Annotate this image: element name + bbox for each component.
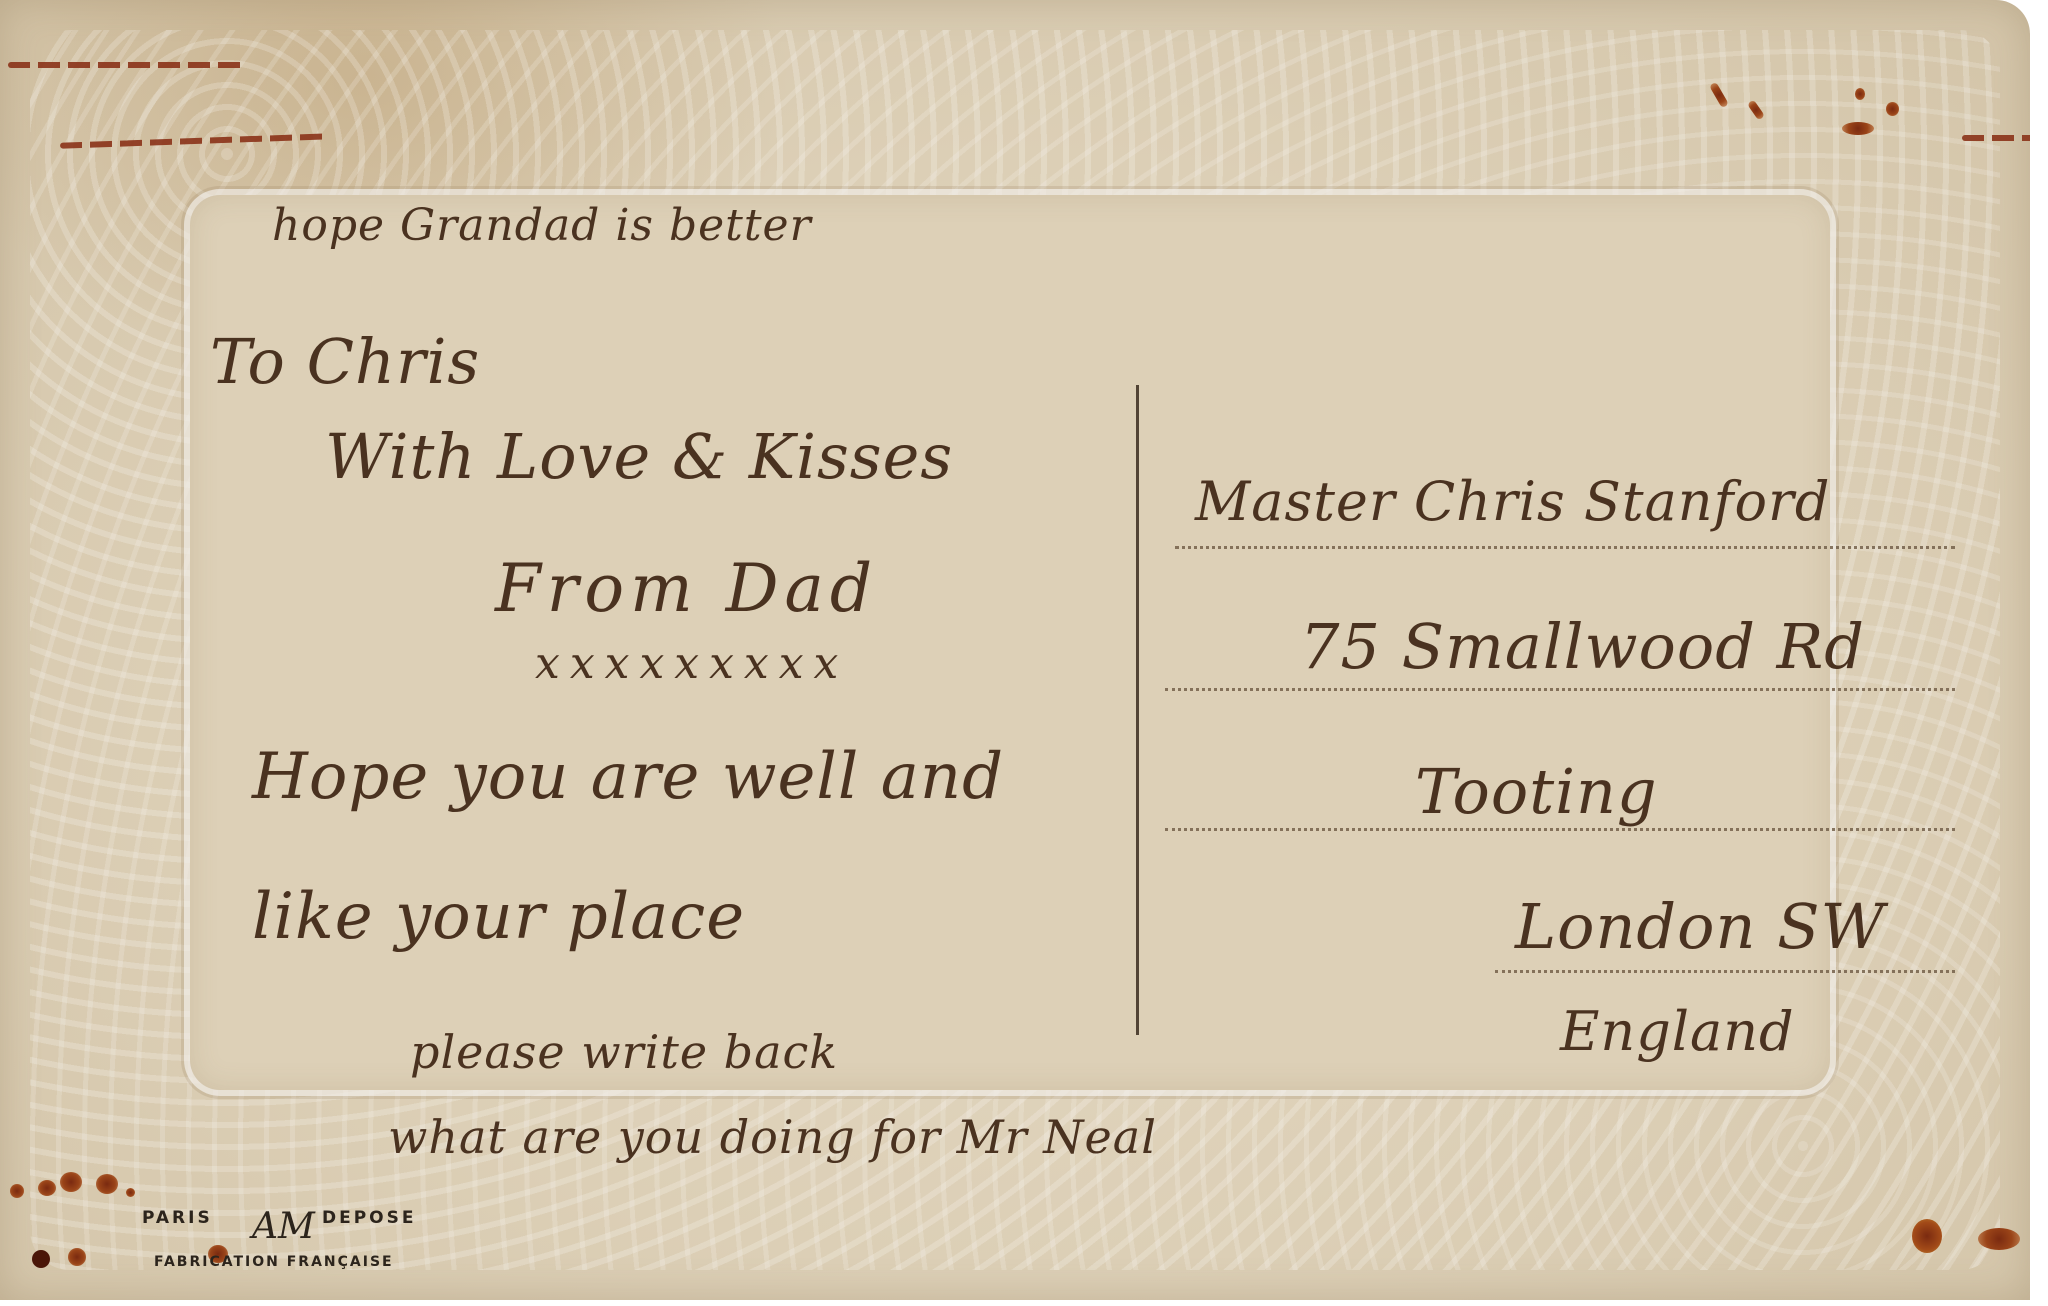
message-address-divider [1136,385,1139,1035]
message-line-2: like your place [252,880,745,954]
rust-spot [38,1180,56,1196]
signature: From Dad [495,550,878,627]
imprint-fabrication: FABRICATION FRANÇAISE [154,1254,394,1270]
postscript-write-back: please write back [410,1025,838,1079]
message-line-1: Hope you are well and [252,740,1004,814]
address-line-1 [1175,546,1955,549]
rust-mark-top-right [1962,135,2030,141]
postcard-back: hope Grandad is better To Chris With Lov… [0,0,2030,1300]
rust-spot [96,1174,118,1194]
imprint-depose: DEPOSE [322,1208,417,1228]
recipient-district: Tooting [1415,755,1658,828]
publisher-monogram-icon: AM [250,1198,304,1256]
rust-spot [1855,88,1865,100]
rust-spot [60,1172,82,1192]
rust-spot [126,1188,135,1197]
address-line-4 [1495,970,1955,973]
address-line-2 [1165,688,1955,691]
imprint-paris: PARIS [142,1208,213,1228]
note-grandad: hope Grandad is better [272,200,812,251]
postscript-mr-neal: what are you doing for Mr Neal [388,1110,1157,1164]
recipient-street: 75 Smallwood Rd [1300,610,1865,683]
rust-spot [10,1184,24,1198]
recipient-name: Master Chris Stanford [1195,470,1830,533]
rust-mark-top-left-1 [8,62,248,68]
address-line-3 [1165,828,1955,831]
kisses: xxxxxxxxx [535,638,848,689]
rust-spot [68,1248,86,1266]
recipient-city: London SW [1515,890,1885,963]
rust-spot [1842,122,1874,135]
recipient-country: England [1560,1000,1795,1063]
rust-spot [32,1250,50,1268]
rust-spot [1978,1228,2020,1250]
rust-spot [1912,1219,1942,1253]
salutation: To Chris [210,325,480,398]
rust-spot [1886,102,1899,116]
with-love-line: With Love & Kisses [325,420,953,493]
